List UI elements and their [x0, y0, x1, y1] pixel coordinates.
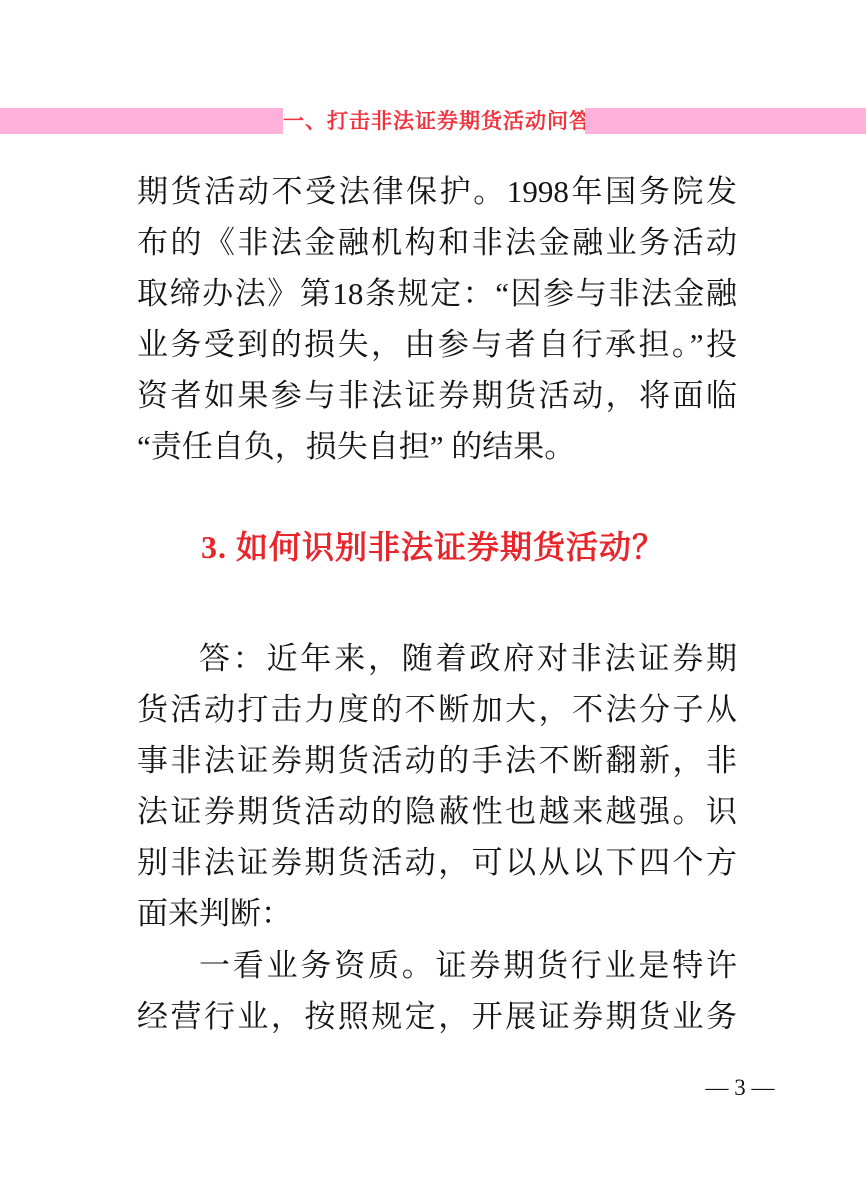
body-line: 业务受到的损失，由参与者自行承担。”投	[137, 319, 737, 370]
body-line: “责任自负，损失自担” 的结果。	[137, 421, 737, 472]
chapter-title: 一、打击非法证券期货活动问答	[283, 108, 585, 134]
book-page: { "header": { "title": "一、打击非法证券期货活动问答",…	[0, 0, 866, 1189]
body-line: 经营行业，按照规定，开展证券期货业务	[137, 991, 737, 1042]
paragraph-continuation: 期货活动不受法律保护。1998年国务院发 布的《非法金融机构和非法金融业务活动 …	[137, 166, 737, 472]
body-line: 期货活动不受法律保护。1998年国务院发	[137, 166, 737, 217]
body-line: 别非法证券期货活动，可以从以下四个方	[137, 837, 737, 888]
criteria-paragraph: 一看业务资质。证券期货行业是特许 经营行业，按照规定，开展证券期货业务	[137, 940, 737, 1042]
section-heading-question-3: 3. 如何识别非法证券期货活动？	[0, 522, 866, 573]
page-number: — 3 —	[675, 1073, 805, 1103]
body-line: 答：近年来，随着政府对非法证券期	[137, 633, 737, 684]
body-line: 布的《非法金融机构和非法金融业务活动	[137, 217, 737, 268]
body-line: 面来判断：	[137, 888, 737, 939]
body-line: 资者如果参与非法证券期货活动，将面临	[137, 370, 737, 421]
answer-paragraph: 答：近年来，随着政府对非法证券期 货活动打击力度的不断加大，不法分子从 事非法证…	[137, 633, 737, 939]
body-line: 取缔办法》第18条规定：“因参与非法金融	[137, 268, 737, 319]
chapter-header-band: 一、打击非法证券期货活动问答	[0, 108, 866, 134]
body-line: 一看业务资质。证券期货行业是特许	[137, 940, 737, 991]
header-band-right-bar	[585, 108, 866, 134]
body-line: 事非法证券期货活动的手法不断翻新，非	[137, 735, 737, 786]
body-line: 货活动打击力度的不断加大，不法分子从	[137, 684, 737, 735]
body-line: 法证券期货活动的隐蔽性也越来越强。识	[137, 786, 737, 837]
header-band-left-bar	[0, 108, 283, 134]
